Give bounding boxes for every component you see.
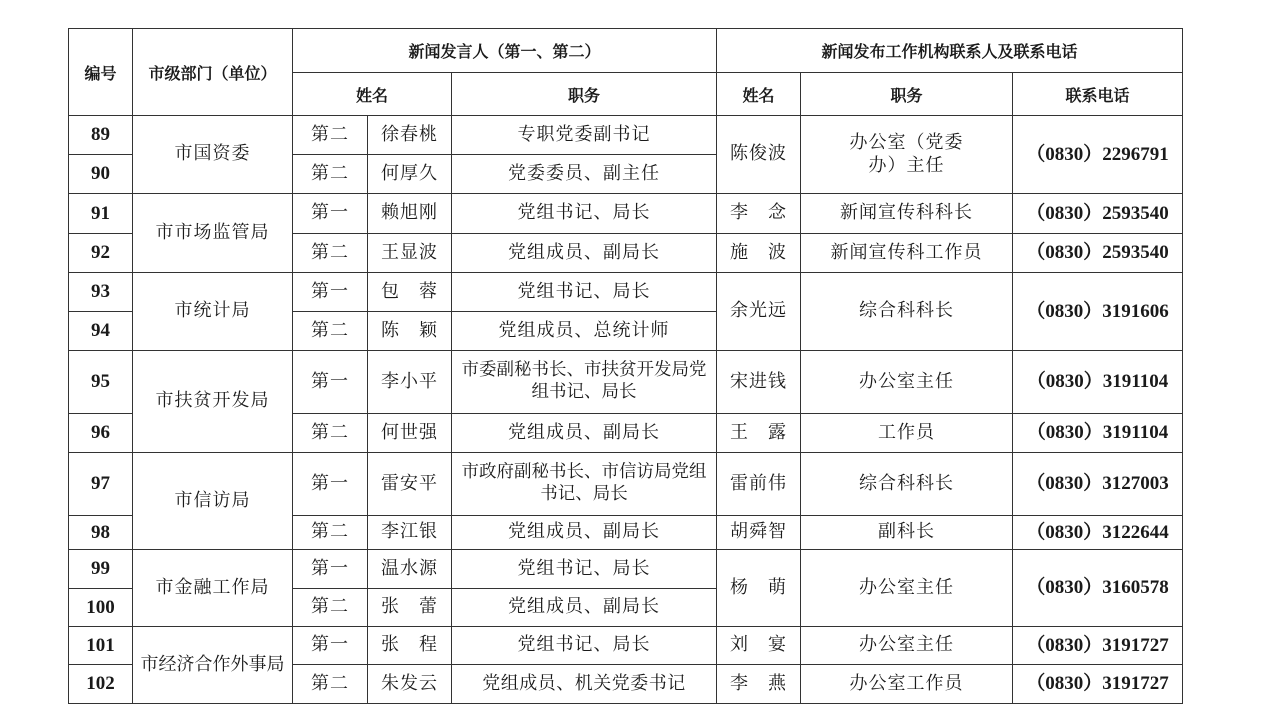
row-number: 98 xyxy=(69,516,133,550)
contact-phone: （0830）3191606 xyxy=(1013,273,1183,351)
table-row: 101 市经济合作外事局 第一 张 程 党组书记、局长 刘 宴 办公室主任 （0… xyxy=(69,627,1183,665)
spokesperson-position: 党组成员、副局长 xyxy=(452,414,717,453)
contact-position: 工作员 xyxy=(801,414,1013,453)
spokesperson-name: 包 蓉 xyxy=(368,273,452,312)
header-spokesperson-name: 姓名 xyxy=(293,73,452,116)
row-number: 101 xyxy=(69,627,133,665)
spokesperson-name: 徐春桃 xyxy=(368,116,452,155)
spokesperson-rank: 第二 xyxy=(293,312,368,351)
spokesperson-name: 李小平 xyxy=(368,351,452,414)
contact-position: 办公室（党委办）主任 xyxy=(801,116,1013,194)
header-contact-group: 新闻发布工作机构联系人及联系电话 xyxy=(717,29,1183,73)
spokesperson-position: 专职党委副书记 xyxy=(452,116,717,155)
spokesperson-contact-table: 编号 市级部门（单位） 新闻发言人（第一、第二） 新闻发布工作机构联系人及联系电… xyxy=(68,28,1183,704)
spokesperson-position: 党组书记、局长 xyxy=(452,550,717,589)
spokesperson-name: 张 程 xyxy=(368,627,452,665)
contact-phone: （0830）3191727 xyxy=(1013,627,1183,665)
department-name: 市金融工作局 xyxy=(133,550,293,627)
row-number: 100 xyxy=(69,589,133,627)
contact-name: 宋进钱 xyxy=(717,351,801,414)
spokesperson-name: 李江银 xyxy=(368,516,452,550)
spokesperson-position: 党组书记、局长 xyxy=(452,627,717,665)
contact-phone: （0830）3127003 xyxy=(1013,453,1183,516)
spokesperson-rank: 第二 xyxy=(293,665,368,704)
spokesperson-rank: 第二 xyxy=(293,589,368,627)
department-name: 市国资委 xyxy=(133,116,293,194)
table-row: 97 市信访局 第一 雷安平 市政府副秘书长、市信访局党组书记、局长 雷前伟 综… xyxy=(69,453,1183,516)
spokesperson-rank: 第一 xyxy=(293,550,368,589)
header-spokesperson-position: 职务 xyxy=(452,73,717,116)
table-row: 89 市国资委 第二 徐春桃 专职党委副书记 陈俊波 办公室（党委办）主任 （0… xyxy=(69,116,1183,155)
department-name: 市信访局 xyxy=(133,453,293,550)
contact-phone: （0830）3191104 xyxy=(1013,414,1183,453)
spokesperson-name: 朱发云 xyxy=(368,665,452,704)
header-number: 编号 xyxy=(69,29,133,116)
spokesperson-rank: 第一 xyxy=(293,351,368,414)
spokesperson-position: 党组成员、副局长 xyxy=(452,234,717,273)
row-number: 92 xyxy=(69,234,133,273)
row-number: 97 xyxy=(69,453,133,516)
contact-name: 李 燕 xyxy=(717,665,801,704)
contact-name: 余光远 xyxy=(717,273,801,351)
row-number: 93 xyxy=(69,273,133,312)
table-row: 95 市扶贫开发局 第一 李小平 市委副秘书长、市扶贫开发局党组书记、局长 宋进… xyxy=(69,351,1183,414)
spokesperson-name: 张 蕾 xyxy=(368,589,452,627)
row-number: 95 xyxy=(69,351,133,414)
contact-position: 新闻宣传科科长 xyxy=(801,194,1013,234)
spokesperson-rank: 第二 xyxy=(293,234,368,273)
row-number: 96 xyxy=(69,414,133,453)
spokesperson-rank: 第二 xyxy=(293,155,368,194)
spokesperson-position: 市委副秘书长、市扶贫开发局党组书记、局长 xyxy=(452,351,717,414)
contact-position: 综合科科长 xyxy=(801,273,1013,351)
spokesperson-name: 温水源 xyxy=(368,550,452,589)
contact-phone: （0830）2296791 xyxy=(1013,116,1183,194)
contact-position: 新闻宣传科工作员 xyxy=(801,234,1013,273)
contact-name: 杨 萌 xyxy=(717,550,801,627)
spokesperson-name: 雷安平 xyxy=(368,453,452,516)
contact-phone: （0830）3191104 xyxy=(1013,351,1183,414)
header-contact-phone: 联系电话 xyxy=(1013,73,1183,116)
contact-position: 办公室主任 xyxy=(801,351,1013,414)
contact-name: 王 露 xyxy=(717,414,801,453)
table-row: 99 市金融工作局 第一 温水源 党组书记、局长 杨 萌 办公室主任 （0830… xyxy=(69,550,1183,589)
department-name: 市扶贫开发局 xyxy=(133,351,293,453)
department-name: 市市场监管局 xyxy=(133,194,293,273)
contact-position: 办公室主任 xyxy=(801,550,1013,627)
row-number: 102 xyxy=(69,665,133,704)
contact-name: 刘 宴 xyxy=(717,627,801,665)
row-number: 94 xyxy=(69,312,133,351)
spokesperson-name: 赖旭刚 xyxy=(368,194,452,234)
spokesperson-name: 何世强 xyxy=(368,414,452,453)
contact-name: 胡舜智 xyxy=(717,516,801,550)
spokesperson-rank: 第二 xyxy=(293,414,368,453)
row-number: 91 xyxy=(69,194,133,234)
table-row: 93 市统计局 第一 包 蓉 党组书记、局长 余光远 综合科科长 （0830）3… xyxy=(69,273,1183,312)
contact-position: 副科长 xyxy=(801,516,1013,550)
spokesperson-rank: 第一 xyxy=(293,273,368,312)
spokesperson-position: 党组书记、局长 xyxy=(452,194,717,234)
row-number: 99 xyxy=(69,550,133,589)
spokesperson-rank: 第二 xyxy=(293,116,368,155)
contact-phone: （0830）2593540 xyxy=(1013,194,1183,234)
spokesperson-position: 党组成员、副局长 xyxy=(452,589,717,627)
contact-name: 雷前伟 xyxy=(717,453,801,516)
header-contact-position: 职务 xyxy=(801,73,1013,116)
spokesperson-name: 何厚久 xyxy=(368,155,452,194)
spokesperson-position: 党组成员、机关党委书记 xyxy=(452,665,717,704)
contact-name: 陈俊波 xyxy=(717,116,801,194)
spokesperson-position: 党组书记、局长 xyxy=(452,273,717,312)
contact-position: 办公室主任 xyxy=(801,627,1013,665)
spokesperson-position: 党组成员、副局长 xyxy=(452,516,717,550)
contact-phone: （0830）3122644 xyxy=(1013,516,1183,550)
contact-name: 施 波 xyxy=(717,234,801,273)
department-name: 市经济合作外事局 xyxy=(133,627,293,704)
header-department: 市级部门（单位） xyxy=(133,29,293,116)
contact-phone: （0830）2593540 xyxy=(1013,234,1183,273)
spokesperson-position: 市政府副秘书长、市信访局党组书记、局长 xyxy=(452,453,717,516)
spokesperson-rank: 第二 xyxy=(293,516,368,550)
spokesperson-name: 陈 颖 xyxy=(368,312,452,351)
contact-position: 综合科科长 xyxy=(801,453,1013,516)
header-spokesperson-group: 新闻发言人（第一、第二） xyxy=(293,29,717,73)
department-name: 市统计局 xyxy=(133,273,293,351)
header-contact-name: 姓名 xyxy=(717,73,801,116)
contact-phone: （0830）3191727 xyxy=(1013,665,1183,704)
spokesperson-position: 党委委员、副主任 xyxy=(452,155,717,194)
contact-position: 办公室工作员 xyxy=(801,665,1013,704)
contact-phone: （0830）3160578 xyxy=(1013,550,1183,627)
row-number: 90 xyxy=(69,155,133,194)
spokesperson-rank: 第一 xyxy=(293,453,368,516)
row-number: 89 xyxy=(69,116,133,155)
spokesperson-rank: 第一 xyxy=(293,194,368,234)
spokesperson-position: 党组成员、总统计师 xyxy=(452,312,717,351)
contact-name: 李 念 xyxy=(717,194,801,234)
table-row: 91 市市场监管局 第一 赖旭刚 党组书记、局长 李 念 新闻宣传科科长 （08… xyxy=(69,194,1183,234)
spokesperson-rank: 第一 xyxy=(293,627,368,665)
spokesperson-name: 王显波 xyxy=(368,234,452,273)
